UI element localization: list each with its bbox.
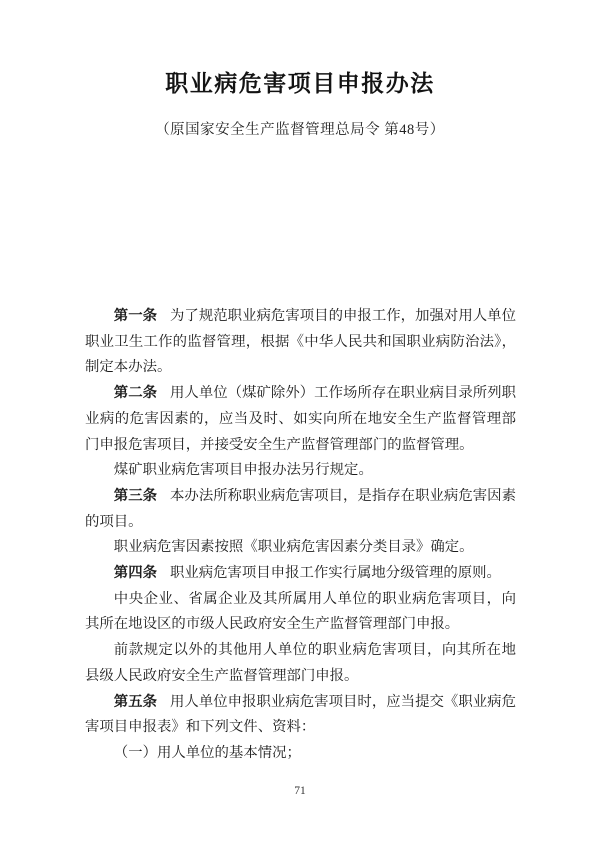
- paragraph-article-4-clause-2: 中央企业、省属企业及其所属用人单位的职业病危害项目，向其所在地设区的市级人民政府…: [85, 587, 516, 638]
- article-4-clause-2-text: 中央企业、省属企业及其所属用人单位的职业病危害项目，向其所在地设区的市级人民政府…: [85, 591, 516, 633]
- document-title: 职业病危害项目申报办法: [0, 69, 600, 97]
- article-2-note-text: 煤矿职业病危害项目申报办法另行规定。: [114, 462, 373, 478]
- page-number: 71: [0, 785, 600, 797]
- paragraph-article-4-clause-3: 前款规定以外的其他用人单位的职业病危害项目，向其所在地县级人民政府安全生产监督管…: [85, 638, 516, 689]
- document-subtitle: （原国家安全生产监督管理总局令 第48号）: [0, 119, 600, 141]
- article-3-note-text: 职业病危害因素按照《职业病危害因素分类目录》确定。: [114, 539, 474, 555]
- paragraph-article-2: 第二条用人单位（煤矿除外）工作场所存在职业病目录所列职业病的危害因素的，应当及时…: [85, 381, 516, 458]
- article-5-label: 第五条: [114, 694, 157, 710]
- paragraph-article-3-note: 职业病危害因素按照《职业病危害因素分类目录》确定。: [85, 535, 516, 561]
- article-1-label: 第一条: [114, 308, 157, 324]
- paragraph-article-3: 第三条本办法所称职业病危害项目，是指存在职业病危害因素的项目。: [85, 484, 516, 535]
- document-page: 职业病危害项目申报办法 （原国家安全生产监督管理总局令 第48号） 第一条为了规…: [0, 0, 600, 848]
- article-4-label: 第四条: [114, 565, 157, 581]
- article-2-label: 第二条: [114, 385, 157, 401]
- article-4-clause-3-text: 前款规定以外的其他用人单位的职业病危害项目，向其所在地县级人民政府安全生产监督管…: [85, 642, 516, 684]
- paragraph-article-4: 第四条职业病危害项目申报工作实行属地分级管理的原则。: [85, 561, 516, 587]
- paragraph-article-1: 第一条为了规范职业病危害项目的申报工作，加强对用人单位职业卫生工作的监督管理，根…: [85, 304, 516, 381]
- article-5-item-1-text: （一）用人单位的基本情况；: [114, 745, 301, 761]
- paragraph-article-5-item-1: （一）用人单位的基本情况；: [85, 741, 516, 767]
- article-4-text: 职业病危害项目申报工作实行属地分级管理的原则。: [170, 565, 501, 581]
- paragraph-article-5: 第五条用人单位申报职业病危害项目时，应当提交《职业病危害项目申报表》和下列文件、…: [85, 690, 516, 741]
- article-3-label: 第三条: [114, 488, 157, 504]
- document-body: 第一条为了规范职业病危害项目的申报工作，加强对用人单位职业卫生工作的监督管理，根…: [85, 304, 516, 767]
- paragraph-article-2-note: 煤矿职业病危害项目申报办法另行规定。: [85, 458, 516, 484]
